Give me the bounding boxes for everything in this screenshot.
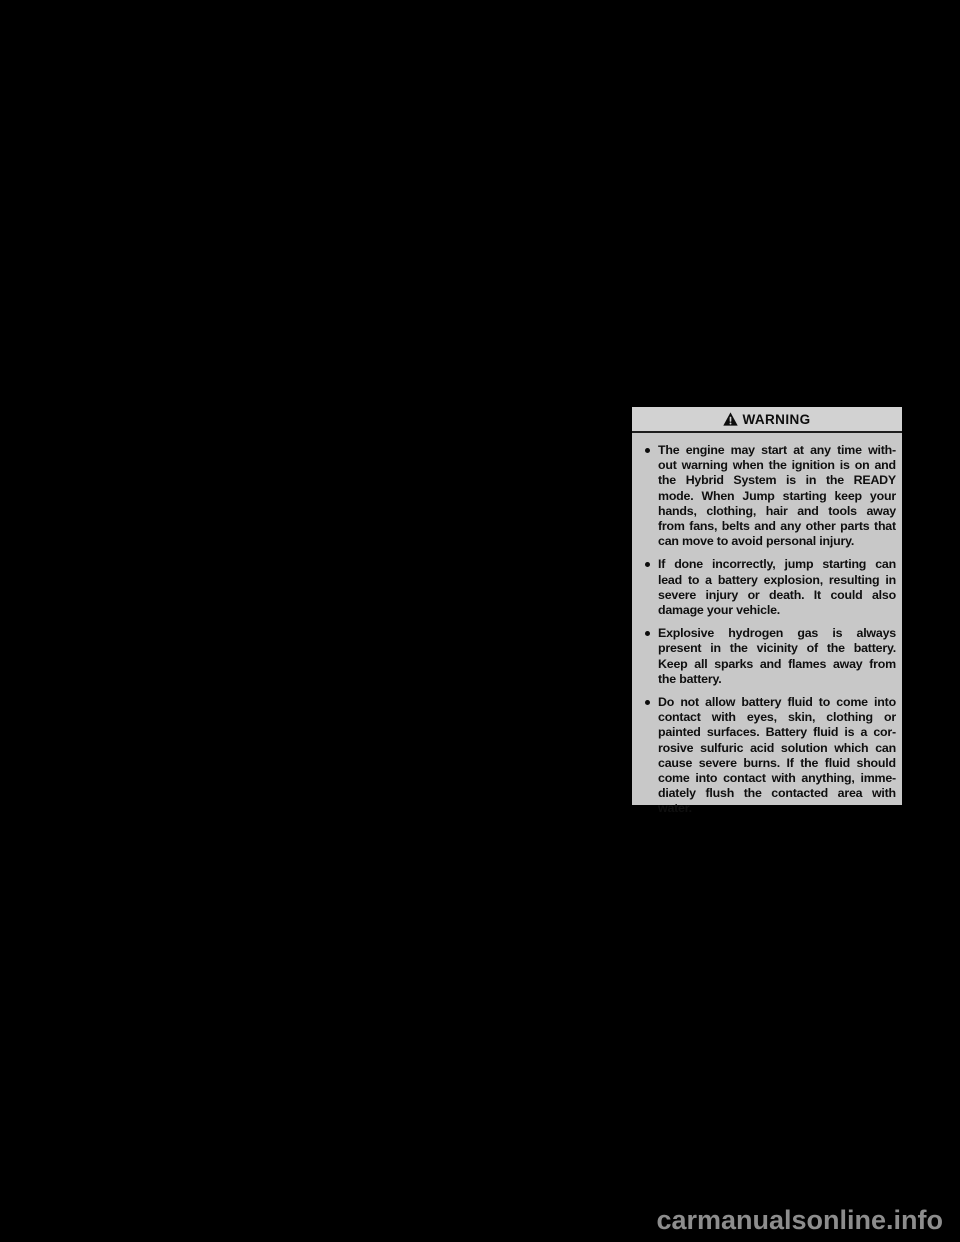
bullet-line: causesevereburns.Ifthefluidshould	[658, 756, 896, 771]
bullet-line: outwarningwhentheignitionisonand	[658, 458, 896, 473]
warning-bullet: Theenginemaystartatanytimewith-outwarnin…	[644, 443, 896, 549]
bullet-line: the battery.	[658, 672, 896, 687]
warning-bullet: Donotallowbatteryfluidtocomeintocontactw…	[644, 695, 896, 817]
bullet-line: contactwitheyes,skin,clothingor	[658, 710, 896, 725]
warning-bullet: Explosivehydrogengasisalwayspresentinthe…	[644, 626, 896, 687]
bullet-line: fromfans,beltsandanyotherpartsthat	[658, 519, 896, 534]
bullet-line: theHybridSystemisintheREADY	[658, 473, 896, 488]
bullet-line: can move to avoid personal injury.	[658, 534, 896, 549]
bullet-text: Ifdoneincorrectly,jumpstartingcanleadtoa…	[658, 557, 896, 618]
bullet-line: presentinthevicinityofthebattery.	[658, 641, 896, 656]
warning-bullet: Ifdoneincorrectly,jumpstartingcanleadtoa…	[644, 557, 896, 618]
bullet-line: hands,clothing,hairandtoolsaway	[658, 504, 896, 519]
bullet-text: Explosivehydrogengasisalwayspresentinthe…	[658, 626, 896, 687]
bullet-dot-icon	[645, 631, 650, 636]
bullet-text: Theenginemaystartatanytimewith-outwarnin…	[658, 443, 896, 549]
bullet-line: damage your vehicle.	[658, 603, 896, 618]
manual-page: WARNING Theenginemaystartatanytimewith-o…	[0, 0, 960, 1242]
warning-header: WARNING	[632, 407, 902, 433]
warning-title: WARNING	[742, 412, 810, 427]
bullet-text: Donotallowbatteryfluidtocomeintocontactw…	[658, 695, 896, 817]
bullet-line: water.	[658, 801, 896, 816]
bullet-line: Keepallsparksandflamesawayfrom	[658, 657, 896, 672]
bullet-line: diatelyflushthecontactedareawith	[658, 786, 896, 801]
bullet-line: rosivesulfuricacidsolutionwhichcan	[658, 741, 896, 756]
bullet-line: mode.WhenJumpstartingkeepyour	[658, 489, 896, 504]
bullet-dot-icon	[645, 700, 650, 705]
bullet-dot-icon	[645, 562, 650, 567]
warning-body: Theenginemaystartatanytimewith-outwarnin…	[632, 433, 902, 823]
bullet-line: Donotallowbatteryfluidtocomeinto	[658, 695, 896, 710]
bullet-line: Ifdoneincorrectly,jumpstartingcan	[658, 557, 896, 572]
bullet-dot-icon	[645, 448, 650, 453]
bullet-line: comeintocontactwithanything,imme-	[658, 771, 896, 786]
watermark: carmanualsonline.info	[656, 1205, 943, 1236]
bullet-line: paintedsurfaces.Batteryfluidisacor-	[658, 725, 896, 740]
warning-box: WARNING Theenginemaystartatanytimewith-o…	[632, 407, 902, 805]
bullet-line: Theenginemaystartatanytimewith-	[658, 443, 896, 458]
bullet-line: severeinjuryordeath.Itcouldalso	[658, 588, 896, 603]
warning-triangle-icon	[723, 412, 738, 426]
bullet-line: leadtoabatteryexplosion,resultingin	[658, 573, 896, 588]
bullet-line: Explosivehydrogengasisalways	[658, 626, 896, 641]
